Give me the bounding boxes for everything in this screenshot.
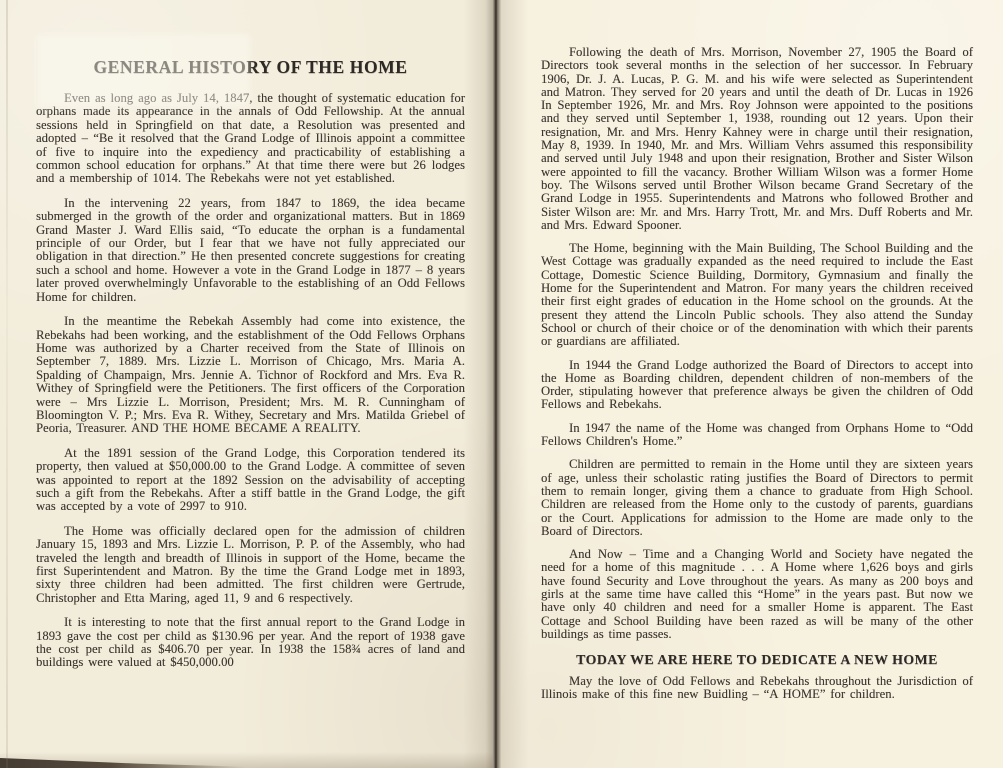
- paragraph-and-now: And Now – Time and a Changing World and …: [541, 548, 973, 641]
- dedication-heading: TODAY WE ARE HERE TO DEDICATE A NEW HOME: [541, 651, 973, 668]
- paragraph-home-opened: The Home was officially declared open fo…: [36, 525, 465, 605]
- left-page: GENERAL HISTORY OF THE HOME Even as long…: [0, 0, 493, 768]
- paragraph-residency-rules: Children are permitted to remain in the …: [541, 458, 973, 538]
- paragraph-closing-dedication: May the love of Odd Fellows and Rebekahs…: [541, 675, 973, 702]
- paragraph-buildings-expansion: The Home, beginning with the Main Buildi…: [541, 242, 973, 348]
- book-spread-scan: GENERAL HISTORY OF THE HOME Even as long…: [0, 0, 1003, 768]
- paragraph-annual-report: It is interesting to note that the first…: [36, 616, 465, 670]
- paragraph-1891-session: At the 1891 session of the Grand Lodge, …: [36, 447, 465, 514]
- paragraph-1944-boarding: In 1944 the Grand Lodge authorized the B…: [541, 359, 973, 412]
- paragraph-intervening-years: In the intervening 22 years, from 1847 t…: [36, 197, 465, 304]
- paragraph-history-1847: Even as long ago as July 14, 1847, the t…: [36, 92, 465, 186]
- right-page: Following the death of Mrs. Morrison, No…: [497, 0, 1003, 768]
- paragraph-superintendents: Following the death of Mrs. Morrison, No…: [541, 46, 973, 232]
- paragraph-1947-rename: In 1947 the name of the Home was changed…: [541, 422, 973, 449]
- paragraph-rebekah-charter: In the meantime the Rebekah Assembly had…: [36, 315, 465, 436]
- page-title: GENERAL HISTORY OF THE HOME: [36, 56, 465, 78]
